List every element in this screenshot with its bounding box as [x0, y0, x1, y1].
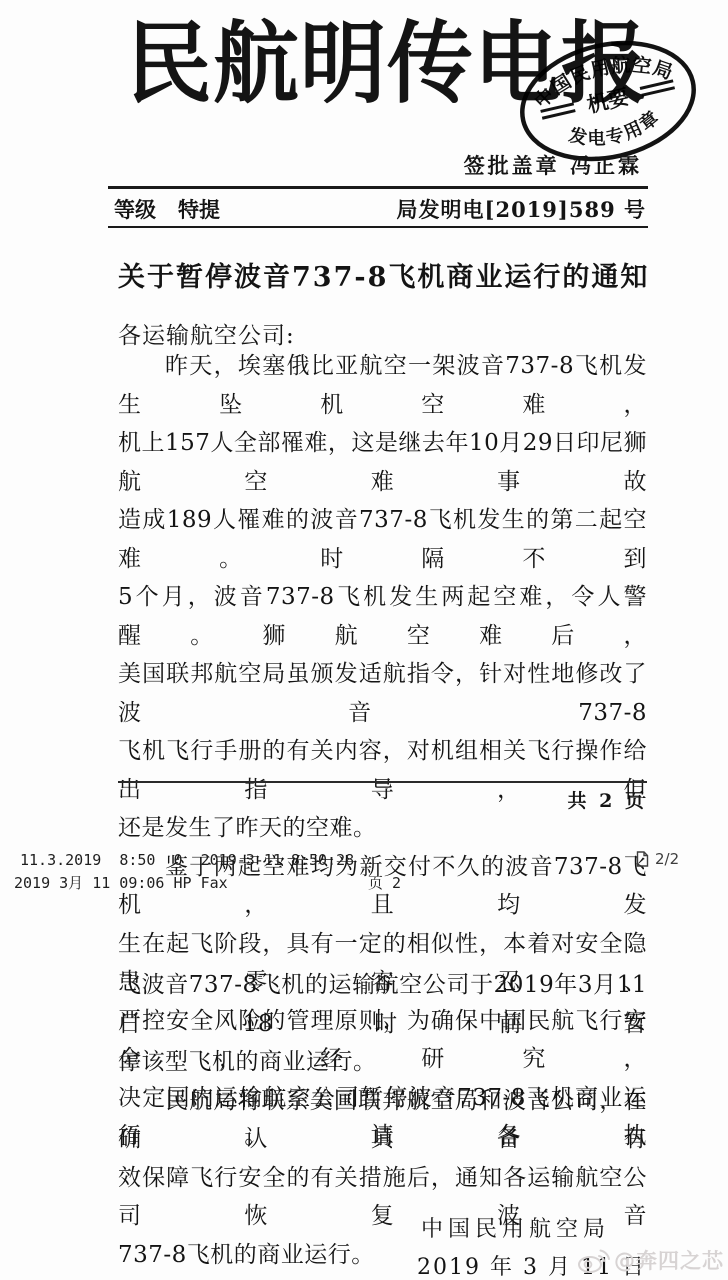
notice-salutation: 各运输航空公司:: [118, 317, 295, 350]
approval-signature-line: 签批盖章 冯正霖: [464, 150, 642, 180]
weibo-watermark: @奔四之芯: [577, 1245, 724, 1275]
body-line: 飞波音737-8飞机的运输航空公司于2019年3月11日18时前暂: [118, 966, 647, 1043]
body-line: 还是发生了昨天的空难。: [118, 809, 647, 848]
image-viewer-page-indicator: 2/2: [636, 850, 679, 868]
telegram-meta-row: 等级 特提 局发明电[2019]589 号: [114, 193, 646, 225]
page-indicator-text: 2/2: [655, 850, 679, 868]
fax-device-line: 2019 3月 11 09:06 HP Fax: [14, 872, 228, 893]
document-number: 局发明电[2019]589 号: [397, 194, 646, 224]
header-rule-top: [108, 186, 648, 189]
body-line: 美国联邦航空局虽颁发适航指令，针对性地修改了波音737-8: [118, 655, 647, 732]
notice-title: 关于暂停波音737-8飞机商业运行的通知: [118, 255, 646, 294]
fax-page-label: 页 2: [368, 872, 401, 893]
fax-timestamp-line: 11.3.2019 8:50 0 2019-3-11 8:50:28: [20, 851, 354, 869]
body-line: 机上157人全部罹难，这是继去年10月29日印尼狮航空难事故: [118, 424, 647, 501]
stamp-middle-text: 机要: [585, 84, 632, 118]
total-pages-label: 共 2 页: [118, 786, 647, 813]
scanned-telegram-document: 民航明传电报 中国民用航空局 机要 发电专用章 签批盖章 冯正霖 等级 特提 局…: [0, 0, 728, 1280]
issuing-authority: 中国民用航空局: [421, 1212, 610, 1243]
body-line: 5个月，波音737-8飞机发生两起空难，令人警醒。狮航空难后，: [118, 578, 647, 655]
page-icon: [636, 851, 649, 867]
watermark-text: @奔四之芯: [614, 1245, 724, 1275]
body-line: 停该型飞机的商业运行。: [118, 1043, 647, 1082]
priority-value: 特提: [178, 194, 220, 224]
body-line: 造成189人罹难的波音737-8飞机发生的第二起空难。时隔不到: [118, 501, 647, 578]
body-line: 民航局将联系美国联邦航空局和波音公司，在确认具备有: [118, 1082, 647, 1159]
weibo-icon: [577, 1246, 611, 1274]
header-rule-bottom: [108, 226, 648, 228]
page1-footer-rule: [118, 781, 647, 783]
body-line: 昨天，埃塞俄比亚航空一架波音737-8飞机发生坠机空难，: [118, 347, 647, 424]
priority-label: 等级: [114, 194, 156, 224]
